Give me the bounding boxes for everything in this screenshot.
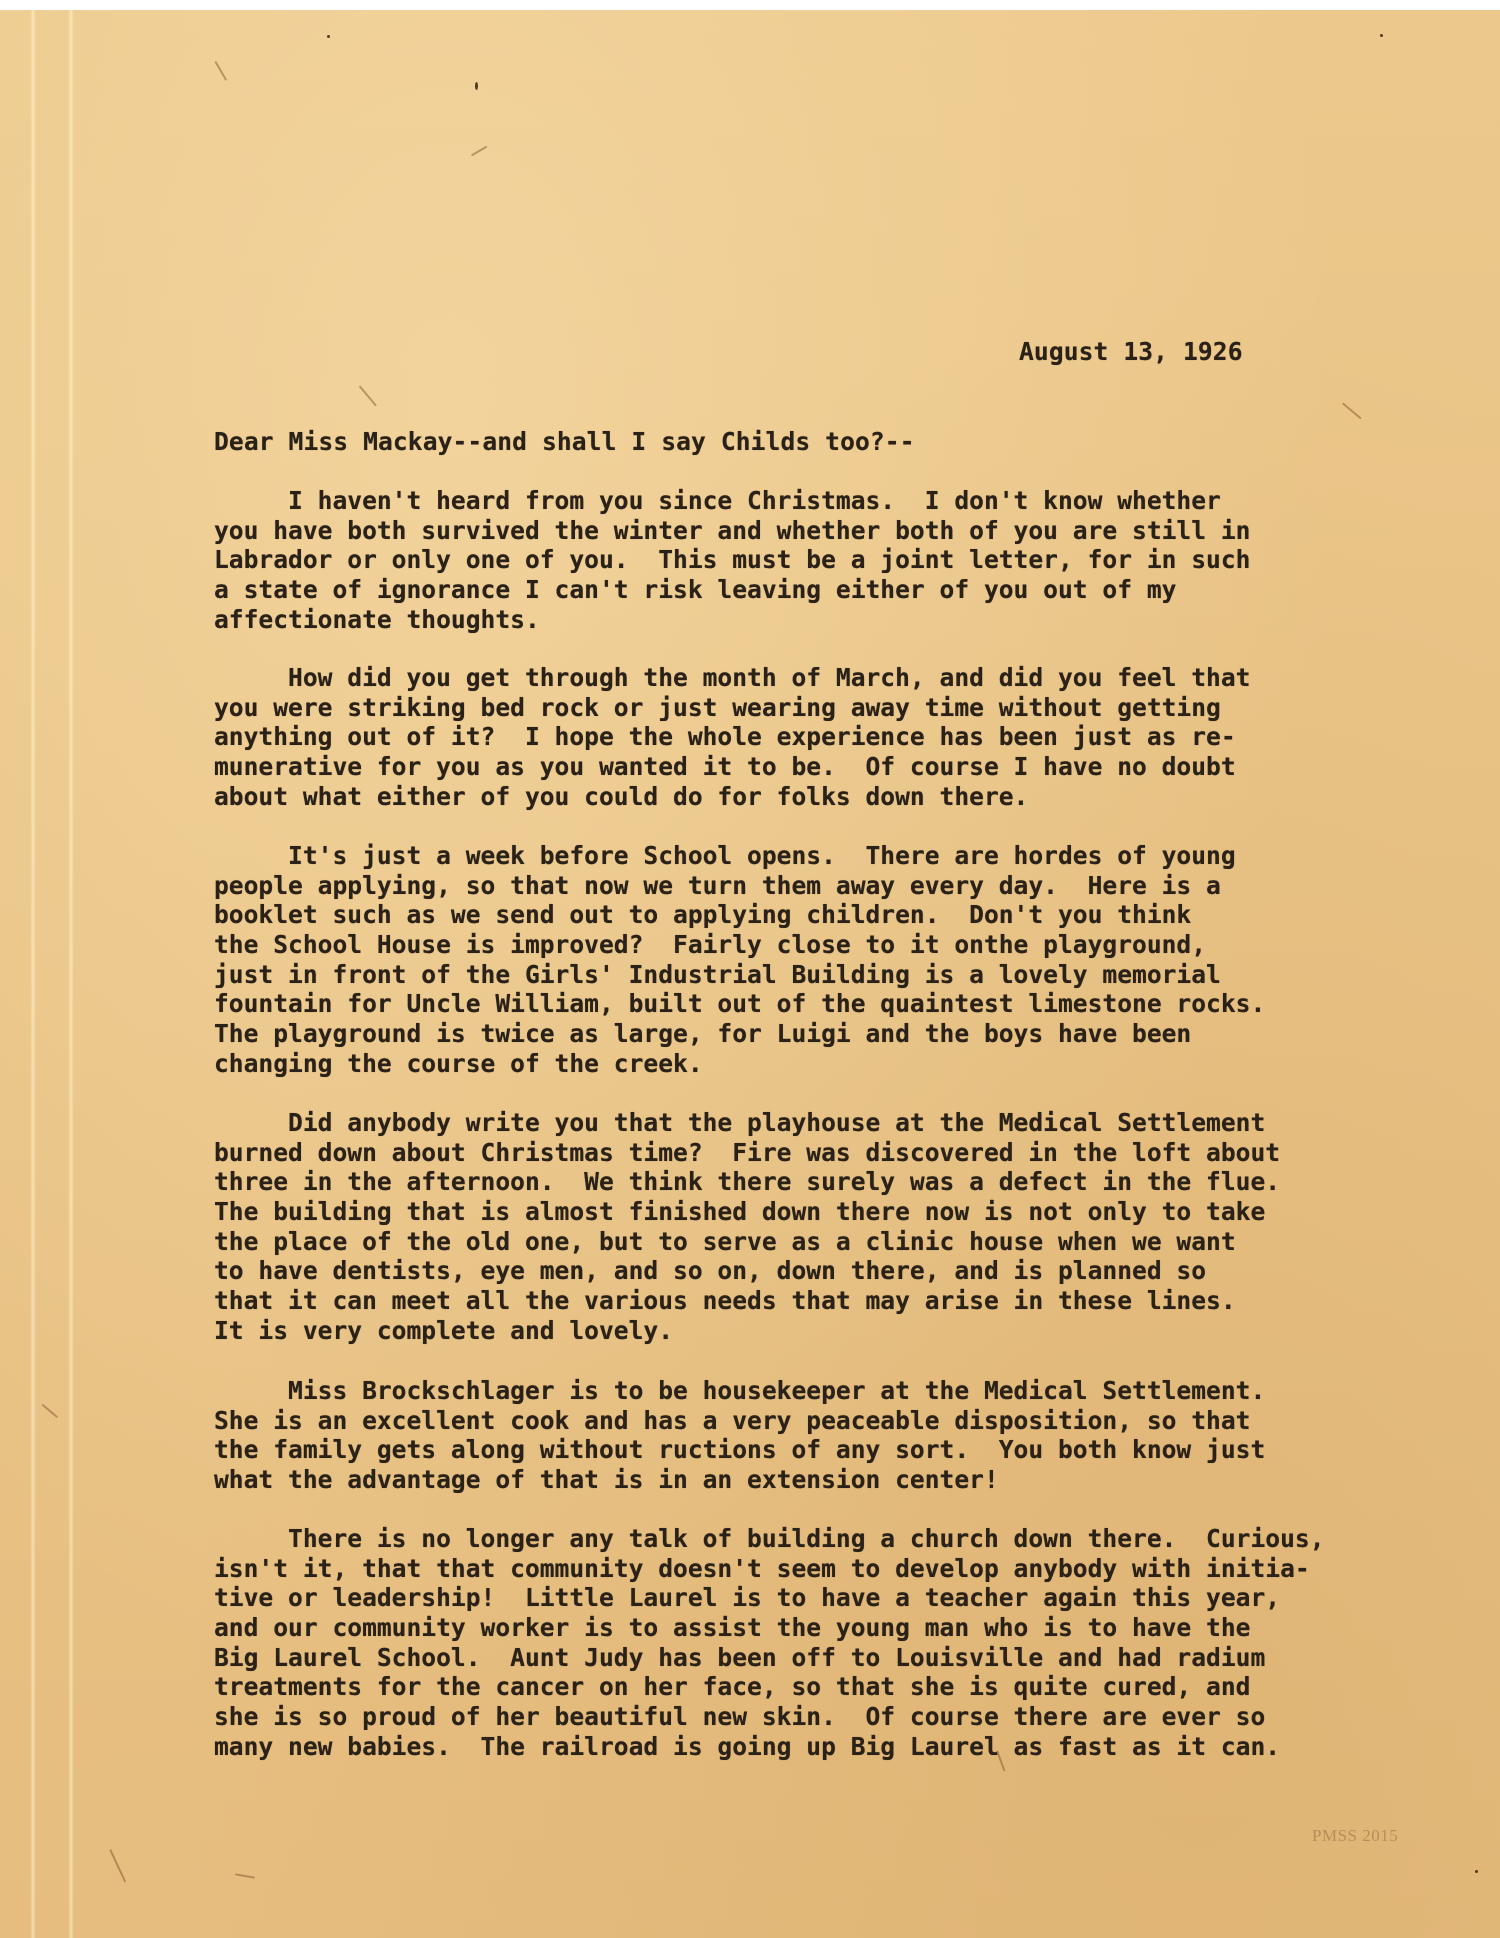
paper-fiber [1342,402,1361,419]
text-line: treatments for the cancer on her face, s… [214,1672,1325,1702]
text-line: munerative for you as you wanted it to b… [214,752,1250,782]
paragraph-3: It's just a week before School opens. Th… [214,841,1265,1079]
text-line: people applying, so that now we turn the… [214,871,1265,901]
letter-date: August 13, 1926 [1019,337,1243,366]
paper-fiber [215,61,227,81]
paper-speck [1475,1870,1478,1873]
text-line: three in the afternoon. We think there s… [214,1167,1280,1197]
text-line: burned down about Christmas time? Fire w… [214,1138,1280,1168]
paragraph-5: Miss Brockschlager is to be housekeeper … [214,1376,1265,1495]
text-line: The building that is almost finished dow… [214,1197,1280,1227]
text-line: changing the course of the creek. [214,1049,1265,1079]
text-line: the family gets along without ructions o… [214,1435,1265,1465]
text-line: It is very complete and lovely. [214,1316,1280,1346]
text-line: Labrador or only one of you. This must b… [214,545,1250,575]
paper-fiber [359,385,377,406]
text-line: How did you get through the month of Mar… [214,663,1250,693]
text-line: just in front of the Girls' Industrial B… [214,960,1265,990]
text-line: you were striking bed rock or just weari… [214,693,1250,723]
paragraph-2: How did you get through the month of Mar… [214,663,1250,811]
text-line: to have dentists, eye men, and so on, do… [214,1256,1280,1286]
paper-speck [1380,34,1383,37]
text-line: tive or leadership! Little Laurel is to … [214,1583,1325,1613]
text-line: that it can meet all the various needs t… [214,1286,1280,1316]
text-line: Miss Brockschlager is to be housekeeper … [214,1376,1265,1406]
paragraph-4: Did anybody write you that the playhouse… [214,1108,1280,1346]
text-line: isn't it, that that community doesn't se… [214,1554,1325,1584]
text-line: She is an excellent cook and has a very … [214,1406,1265,1436]
letter-salutation: Dear Miss Mackay--and shall I say Childs… [214,427,915,456]
text-line: anything out of it? I hope the whole exp… [214,722,1250,752]
text-line: booklet such as we send out to applying … [214,900,1265,930]
text-line: a state of ignorance I can't risk leavin… [214,575,1250,605]
paper-fiber [235,1873,255,1878]
letter-paper: August 13, 1926 Dear Miss Mackay--and sh… [0,10,1500,1938]
archive-watermark: PMSS 2015 [1312,1826,1398,1846]
text-line: affectionate thoughts. [214,605,1250,635]
paper-speck [327,35,330,38]
paper-fiber [110,1849,127,1882]
paper-crease [30,10,36,1938]
text-line: It's just a week before School opens. Th… [214,841,1265,871]
text-line: Big Laurel School. Aunt Judy has been of… [214,1643,1325,1673]
text-line: I haven't heard from you since Christmas… [214,486,1250,516]
text-line: the place of the old one, but to serve a… [214,1227,1280,1257]
text-line: There is no longer any talk of building … [214,1524,1325,1554]
paper-crease [68,10,74,1938]
paper-fiber [471,146,487,156]
paragraph-6: There is no longer any talk of building … [214,1524,1325,1762]
text-line: many new babies. The railroad is going u… [214,1732,1325,1762]
paragraph-1: I haven't heard from you since Christmas… [214,486,1250,634]
text-line: and our community worker is to assist th… [214,1613,1325,1643]
paper-fiber [42,1404,58,1418]
text-line: what the advantage of that is in an exte… [214,1465,1265,1495]
text-line: she is so proud of her beautiful new ski… [214,1702,1325,1732]
paper-speck [475,82,478,90]
text-line: fountain for Uncle William, built out of… [214,989,1265,1019]
text-line: The playground is twice as large, for Lu… [214,1019,1265,1049]
text-line: the School House is improved? Fairly clo… [214,930,1265,960]
text-line: about what either of you could do for fo… [214,782,1250,812]
text-line: Did anybody write you that the playhouse… [214,1108,1280,1138]
text-line: you have both survived the winter and wh… [214,516,1250,546]
